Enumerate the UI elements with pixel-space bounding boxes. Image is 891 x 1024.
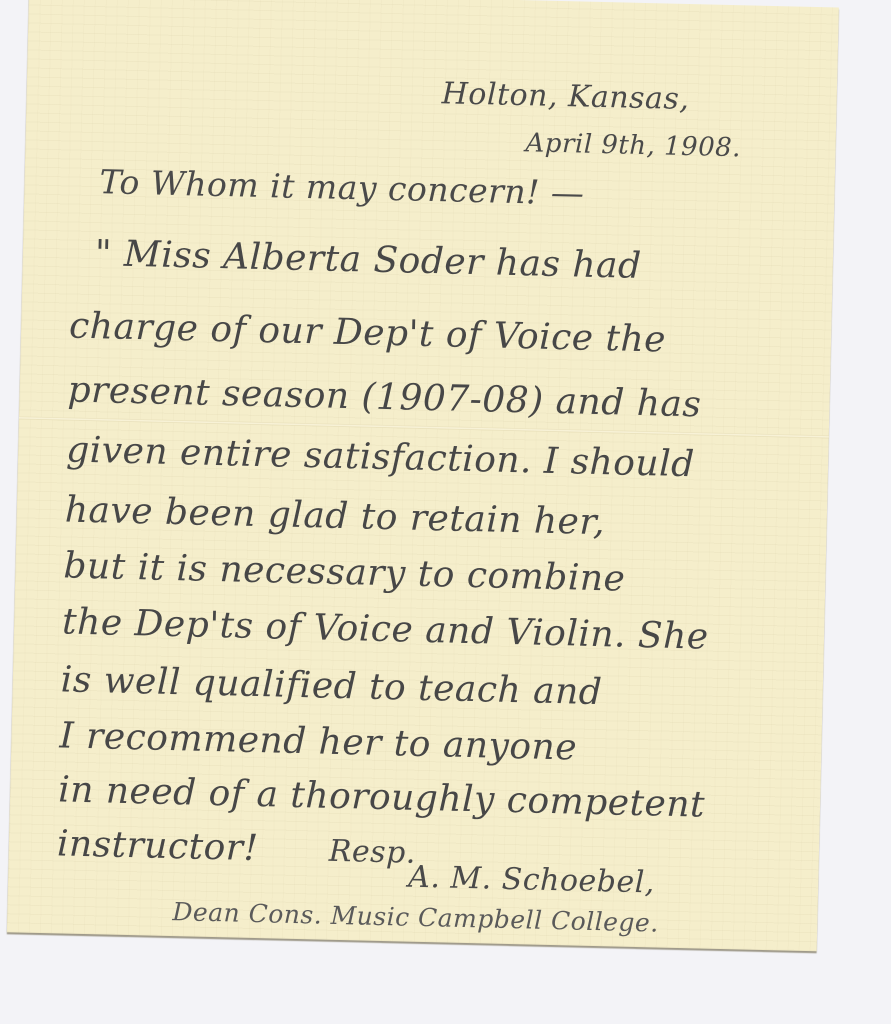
letter-place: Holton, Kansas, [441,76,689,117]
body-line: given entire satisfaction. I should [66,429,695,485]
scan-background: Holton, Kansas, April 9th, 1908. To Whom… [0,0,891,1024]
body-line: present season (1907-08) and has [67,369,702,425]
letter-salutation: To Whom it may concern! — [99,162,585,212]
body-line: is well qualified to teach and [60,659,603,713]
body-line: instructor! [56,823,258,869]
letter-date: April 9th, 1908. [525,128,741,163]
body-line: but it is necessary to combine [63,545,626,599]
letter-signature: A. M. Schoebel, [408,860,655,901]
letter-closing: Resp. [328,834,416,871]
body-line: have been glad to retain her, [64,489,605,543]
signature-title: Dean Cons. Music Campbell College. [172,897,659,937]
body-line: charge of our Dep't of Voice the [69,306,667,361]
letter-paper: Holton, Kansas, April 9th, 1908. To Whom… [7,0,839,951]
body-line: in need of a thoroughly competent [58,769,706,825]
body-line: the Dep'ts of Voice and Violin. She [62,601,709,657]
body-line: " Miss Alberta Soder has had [94,233,642,287]
body-line: I recommend her to anyone [59,715,577,768]
